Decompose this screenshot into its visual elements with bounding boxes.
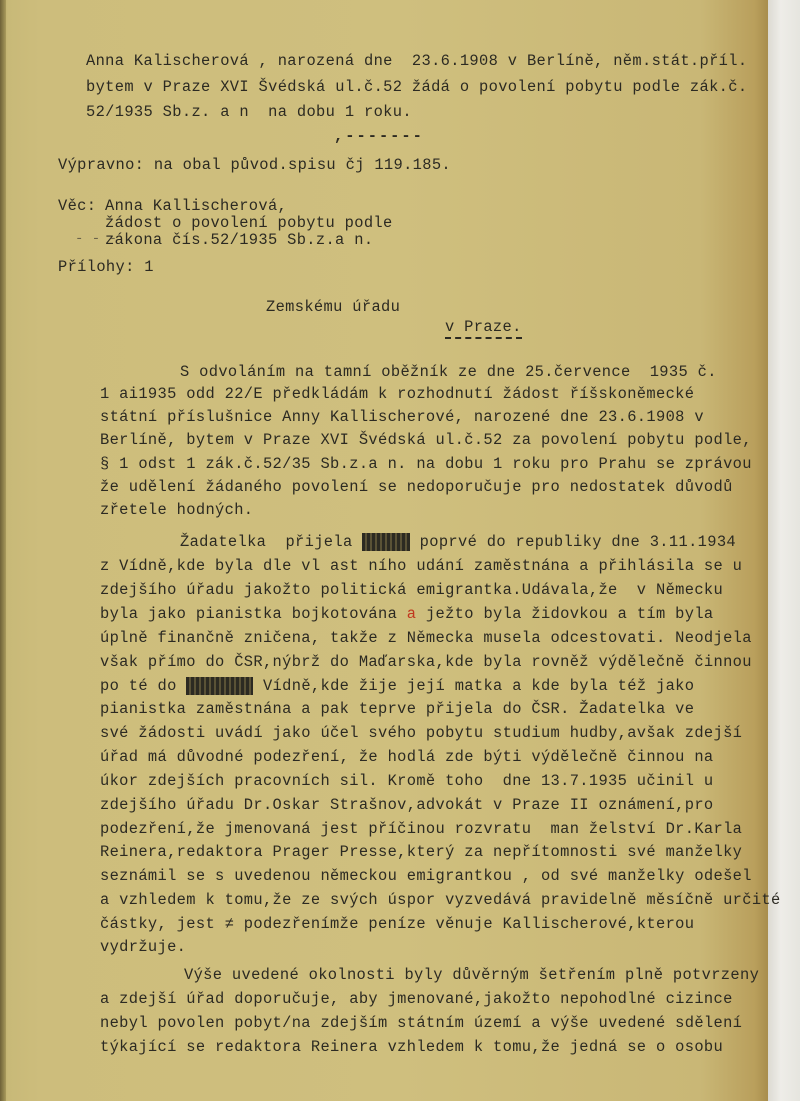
addressee-line-2: v Praze. <box>445 318 522 339</box>
struck-out-word-2: Xxxxxxx <box>186 677 253 695</box>
p1-line-2: 1 ai1935 odd 22/E předkládám k rozhodnut… <box>100 385 694 403</box>
pen-correction-mark: a <box>407 605 417 623</box>
struck-out-word: xxxxx <box>362 533 410 551</box>
scan-background-strip <box>768 0 800 1101</box>
p2-line-13: podezření,že jmenovaná jest příčinou roz… <box>100 820 742 838</box>
p2-line-1: Žadatelka přijela xxxxx poprvé do republ… <box>180 533 736 551</box>
p2-line-1-a: Žadatelka přijela <box>180 533 362 551</box>
p2-line-11: úkor zdejších pracovních sil. Kromě toho… <box>100 772 714 790</box>
p2-line-10: úřad má důvodné podezření, že hodlá zde … <box>100 748 714 766</box>
separator-dashes: ,------- <box>334 127 424 145</box>
p2-line-14: Reinera,redaktora Prager Presse,který za… <box>100 843 742 861</box>
p2-line-6: však přímo do ČSR,nýbrž do Maďarska,kde … <box>100 653 752 671</box>
p2-line-7-b: Vídně,kde žije její matka a kde byla též… <box>253 677 694 695</box>
p3-line-1: Výše uvedené okolnosti byly důvěrným šet… <box>184 966 759 984</box>
p1-line-6: že udělení žádaného povolení se nedoporu… <box>100 478 733 496</box>
vypravno-line: Výpravno: na obal původ.spisu čj 119.185… <box>58 156 451 174</box>
p2-line-4-b: ježto byla židovkou a tím byla <box>416 605 713 623</box>
p3-line-4: týkající se redaktora Reinera vzhledem k… <box>100 1038 723 1056</box>
vec-line-3: zákona čís.52/1935 Sb.z.a n. <box>105 231 373 249</box>
p2-line-9: své žádosti uvádí jako účel svého pobytu… <box>100 724 742 742</box>
p1-line-1: S odvoláním na tamní oběžník ze dne 25.č… <box>180 363 717 381</box>
p2-line-5: úplně finančně zničena, takže z Německa … <box>100 629 752 647</box>
p2-line-7: po té do Xxxxxxx Vídně,kde žije její mat… <box>100 677 694 695</box>
vec-line-1: Anna Kallischerová, <box>105 197 287 215</box>
p2-line-7-a: po té do <box>100 677 186 695</box>
vec-label: Věc: <box>58 197 96 215</box>
prilohy-line: Přílohy: 1 <box>58 258 154 276</box>
p2-line-12: zdejšího úřadu Dr.Oskar Strašnov,advokát… <box>100 796 714 814</box>
p1-line-3: státní příslušnice Anny Kallischerové, n… <box>100 408 704 426</box>
header-line-1: Anna Kalischerová , narozená dne 23.6.19… <box>86 52 747 70</box>
p3-line-2: a zdejší úřad doporučuje, aby jmenované,… <box>100 990 733 1008</box>
header-line-2: bytem v Praze XVI Švédská ul.č.52 žádá o… <box>86 78 747 96</box>
p2-line-18: vydržuje. <box>100 938 186 956</box>
p2-line-8: pianistka zaměstnána a pak teprve přijel… <box>100 700 694 718</box>
p2-line-1-b: poprvé do republiky dne 3.11.1934 <box>410 533 736 551</box>
p2-line-17: částky, jest ≠ podezřenímže peníze věnuj… <box>100 915 694 933</box>
addressee-line-1: Zemskému úřadu <box>266 298 400 316</box>
p1-line-5: § 1 odst 1 zák.č.52/35 Sb.z.a n. na dobu… <box>100 455 752 473</box>
margin-dash-mark: - - - <box>75 231 117 247</box>
p1-line-7: zřetele hodných. <box>100 501 253 519</box>
p2-line-4: byla jako pianistka bojkotována a ježto … <box>100 605 714 623</box>
p2-line-15: seznámil se s uvedenou německou emigrant… <box>100 867 752 885</box>
p2-line-2: z Vídně,kde byla dle vl ast ního udání z… <box>100 557 742 575</box>
p2-line-16: a vzhledem k tomu,že ze svých úspor vyzv… <box>100 891 781 909</box>
p2-line-4-a: byla jako pianistka bojkotována <box>100 605 407 623</box>
header-line-3: 52/1935 Sb.z. a n na dobu 1 roku. <box>86 103 412 121</box>
p3-line-3: nebyl povolen pobyt/na zdejším státním ú… <box>100 1014 742 1032</box>
vec-line-2: žádost o povolení pobytu podle <box>105 214 393 232</box>
p1-line-4: Berlíně, bytem v Praze XVI Švédská ul.č.… <box>100 431 752 449</box>
p2-line-3: zdejšího úřadu jakožto politická emigran… <box>100 581 723 599</box>
